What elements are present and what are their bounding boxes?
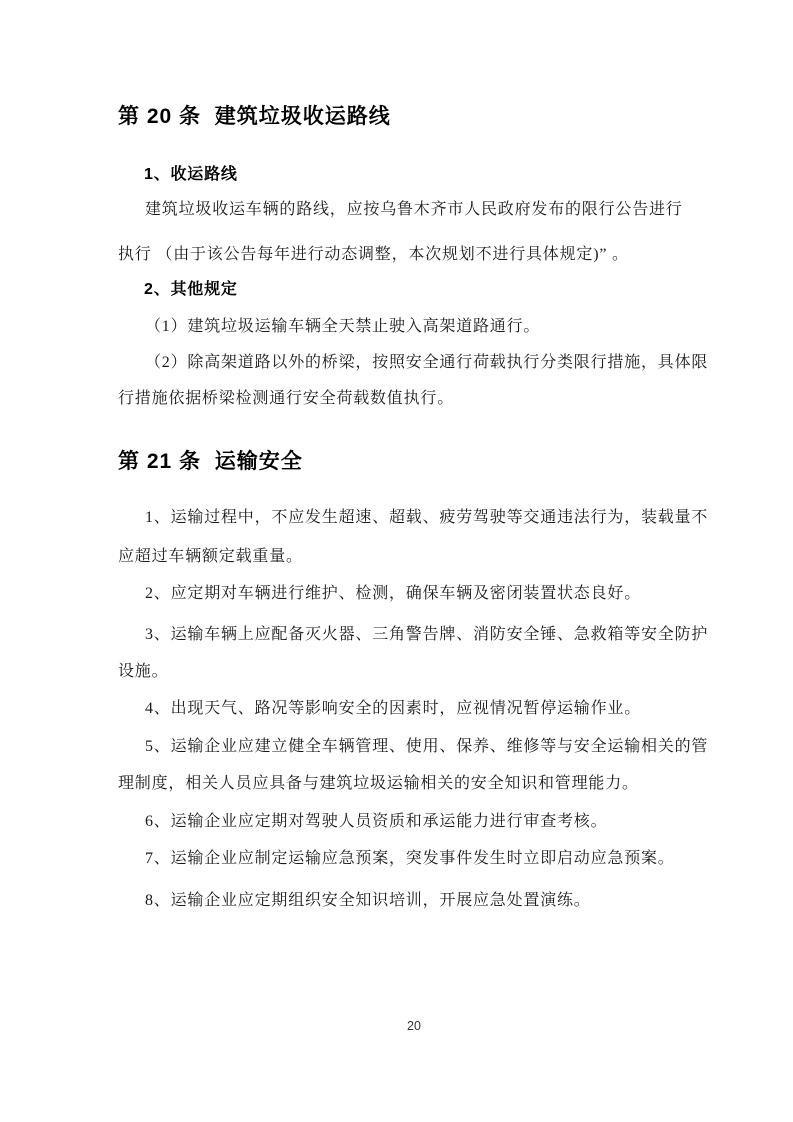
list-item-line: 2、应定期对车辆进行维护、检测，确保车辆及密闭装置状态良好。 [145, 583, 641, 604]
paragraph-line: 行措施依据桥梁检测通行安全荷载数值执行。 [118, 388, 454, 409]
article-21-heading: 第 21 条 运输安全 [118, 449, 303, 475]
list-item-line: 应超过车辆额定载重量。 [118, 546, 303, 567]
list-item-line: 3、运输车辆上应配备灭火器、三角警告牌、消防安全锤、急救箱等安全防护 [145, 624, 708, 645]
article-20-section-1-title: 1、收运路线 [144, 164, 238, 185]
list-item-line: 7、运输企业应制定运输应急预案，突发事件发生时立即启动应急预案。 [145, 848, 675, 869]
list-item-line: 6、运输企业应定期对驾驶人员资质和承运能力进行审查考核。 [145, 811, 607, 832]
article-20-heading: 第 20 条 建筑垃圾收运路线 [118, 104, 391, 130]
list-item-line: 理制度，相关人员应具备与建筑垃圾运输相关的安全知识和管理能力。 [118, 773, 639, 794]
document-page: 第 20 条 建筑垃圾收运路线 1、收运路线 建筑垃圾收运车辆的路线，应按乌鲁木… [0, 0, 793, 1122]
paragraph-line: （2）除高架道路以外的桥梁，按照安全通行荷载执行分类限行措施，具体限 [145, 352, 708, 373]
list-item-line: 1、运输过程中，不应发生超速、超载、疲劳驾驶等交通违法行为，装载量不 [145, 507, 708, 528]
list-item-line: 4、出现天气、路况等影响安全的因素时，应视情况暂停运输作业。 [145, 698, 641, 719]
list-item-line: 设施。 [118, 661, 168, 682]
page-number: 20 [118, 1019, 710, 1033]
article-20-section-2-title: 2、其他规定 [144, 279, 238, 300]
paragraph-line: 建筑垃圾收运车辆的路线，应按乌鲁木齐市人民政府发布的限行公告进行 [145, 199, 683, 220]
list-item-line: 8、运输企业应定期组织安全知识培训，开展应急处置演练。 [145, 890, 591, 911]
list-item-line: 5、运输企业应建立健全车辆管理、使用、保养、维修等与安全运输相关的管 [145, 736, 708, 757]
paragraph-line: 执行 （由于该公告每年进行动态调整，本次规划不进行具体规定)” 。 [118, 244, 629, 265]
paragraph-line: （1）建筑垃圾运输车辆全天禁止驶入高架道路通行。 [145, 316, 540, 337]
